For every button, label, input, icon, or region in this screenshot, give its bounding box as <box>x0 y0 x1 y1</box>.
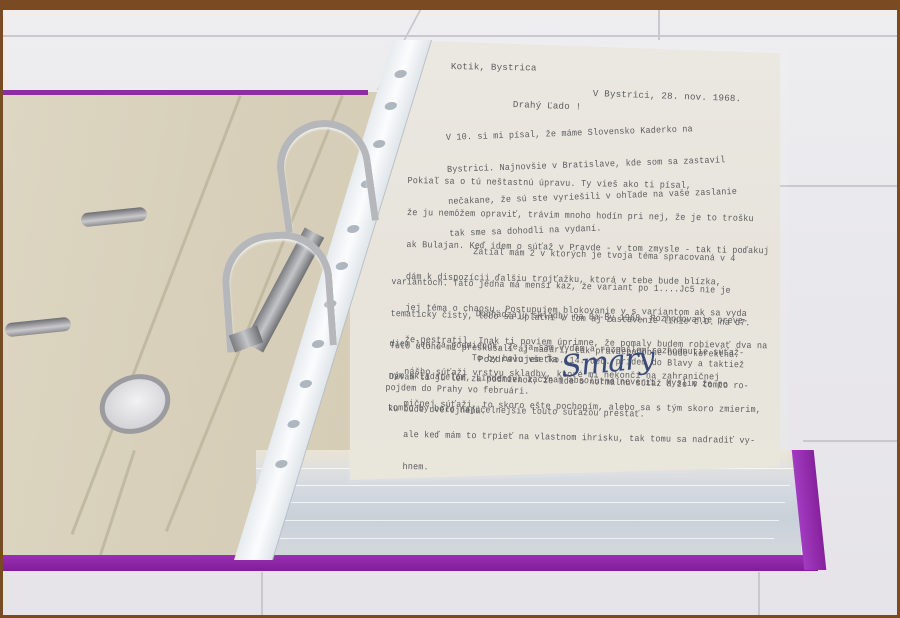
letter-sign-off: Pozdravujem Ťa ! <box>478 355 569 366</box>
binder-bottom-edge <box>3 555 818 571</box>
floor-tile-line <box>261 572 263 615</box>
binder-top-edge <box>3 90 368 95</box>
floor-tile-line <box>658 10 660 40</box>
floor-tile-line <box>3 35 897 37</box>
letter-sender-header: Kotik, Bystrica <box>451 62 537 74</box>
photograph: Kotik, Bystrica V Bystrici, 28. nov. 196… <box>3 10 897 615</box>
floor-tile-line <box>758 572 760 615</box>
floor-tile-line <box>803 440 897 442</box>
